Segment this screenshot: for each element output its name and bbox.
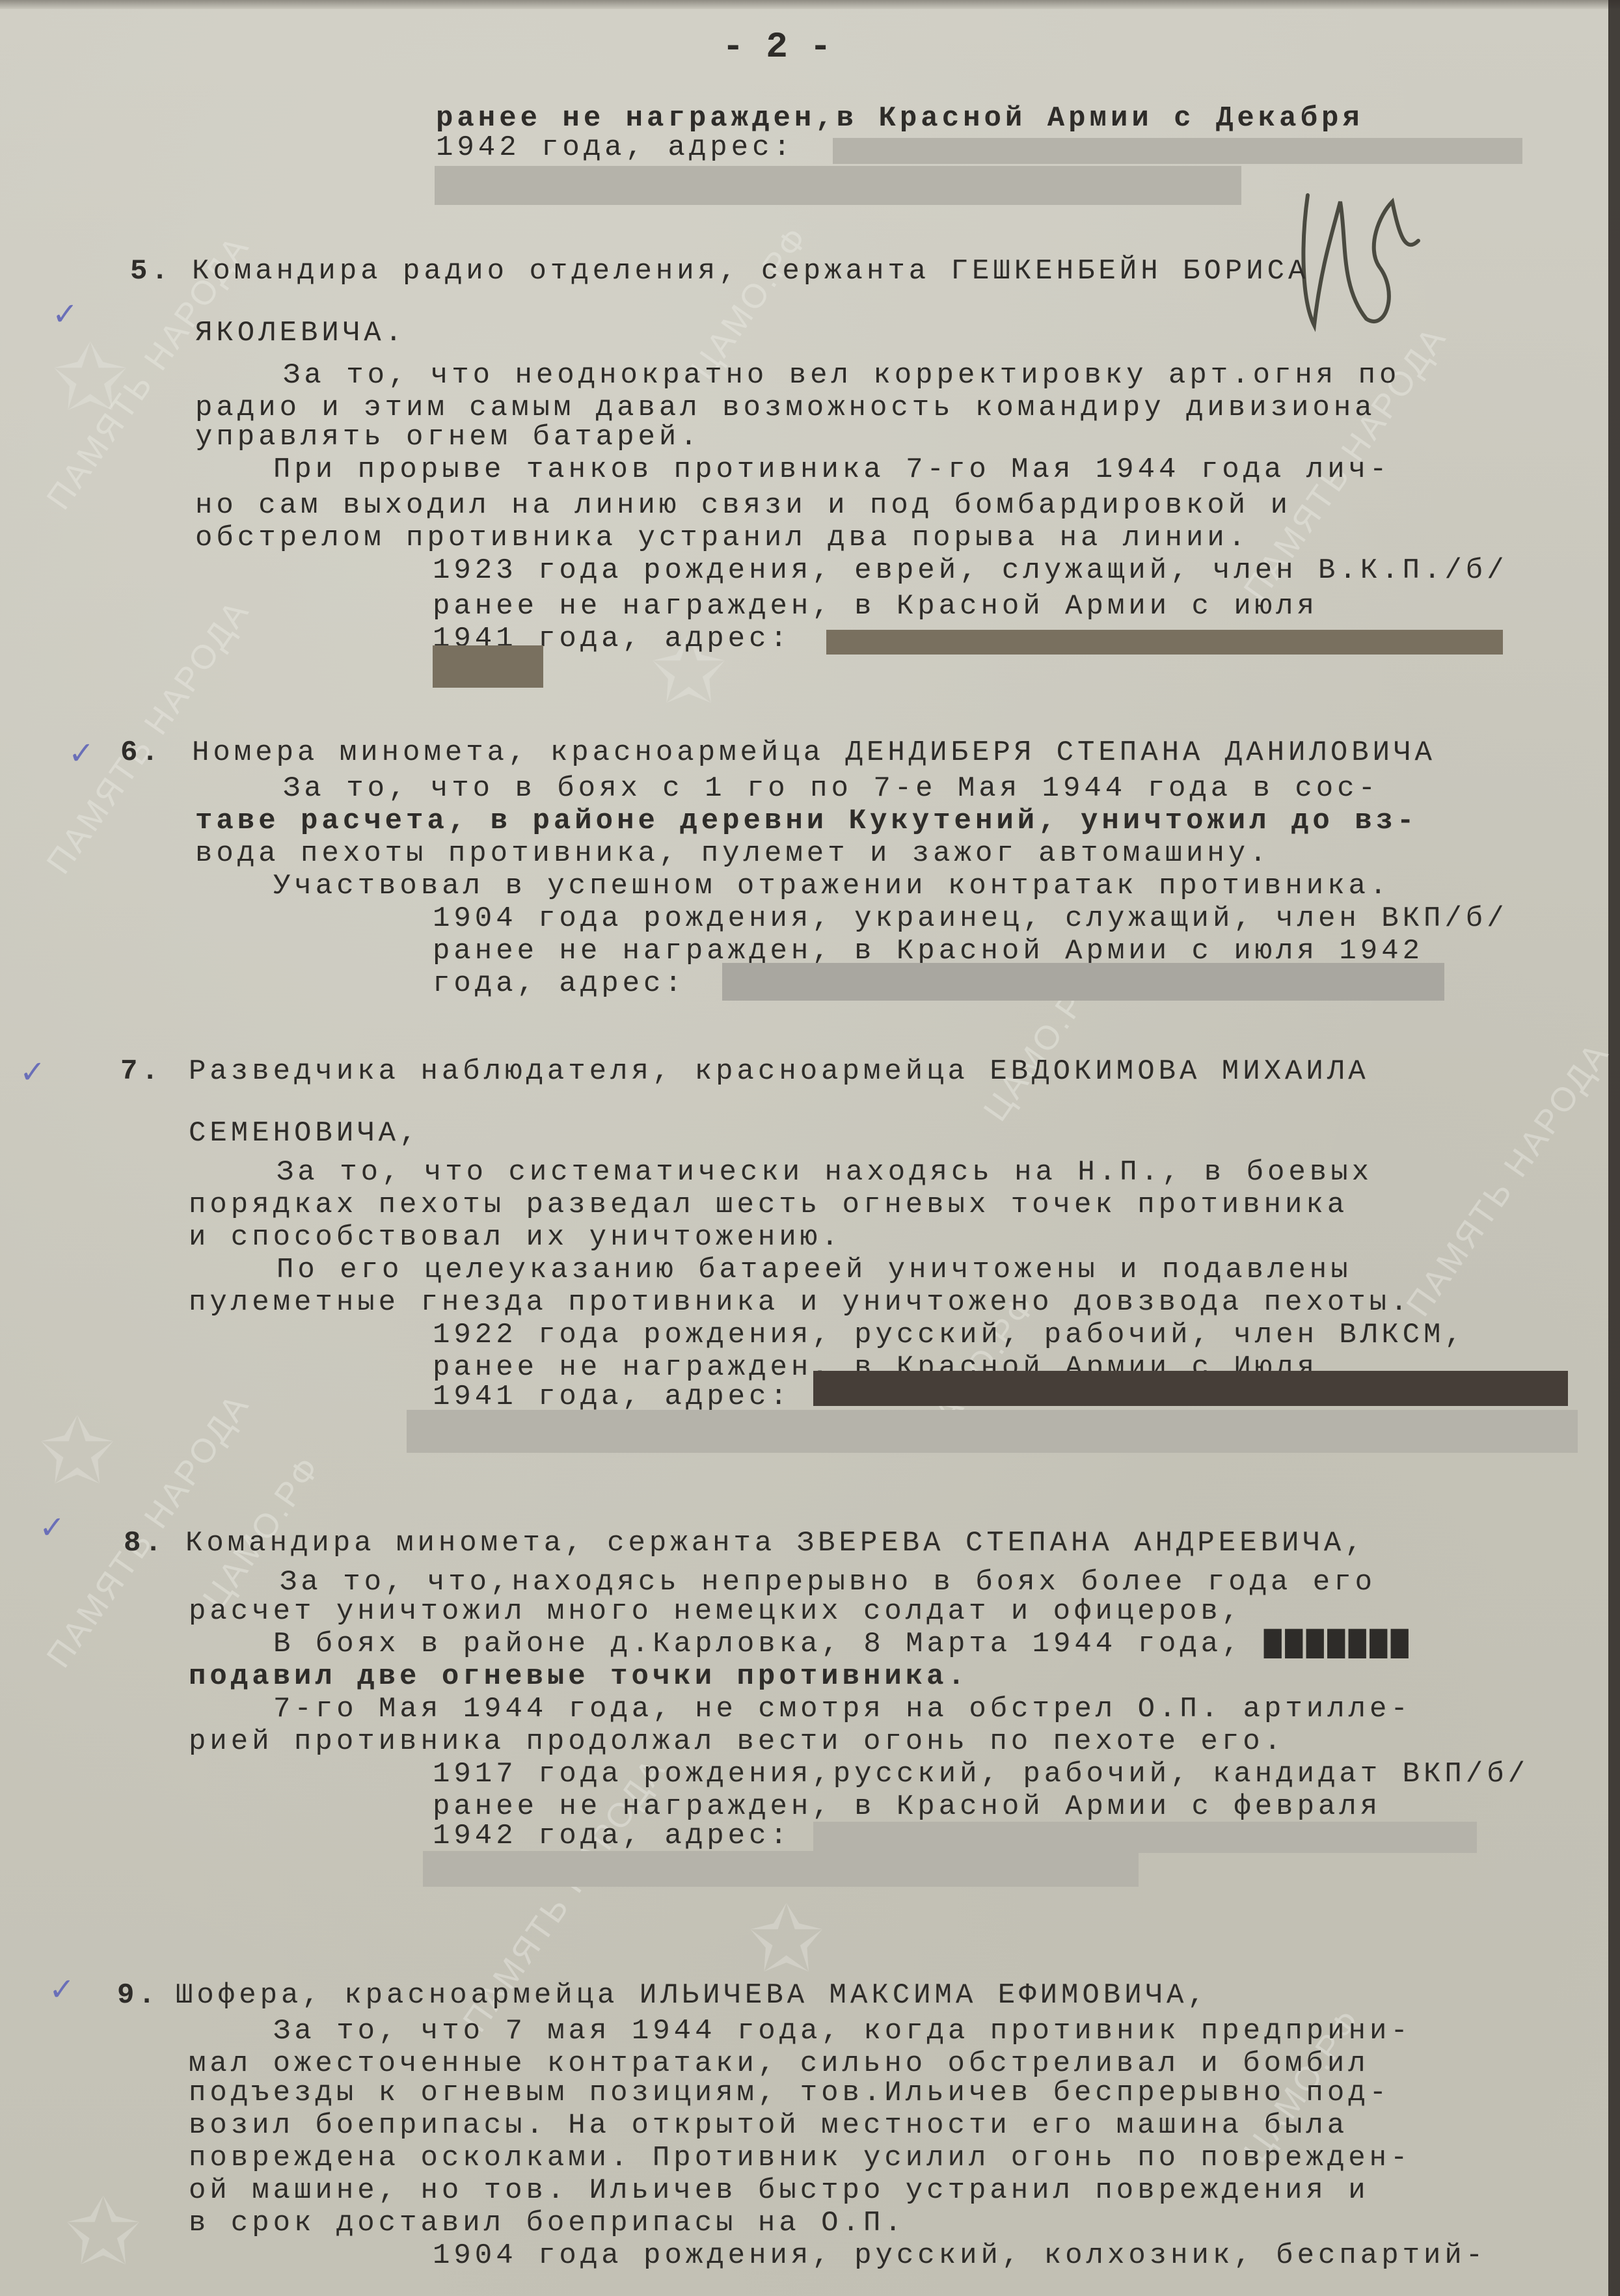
text-line: 1904 года рождения, русский, колхозник, … xyxy=(433,2241,1487,2270)
text-line: подавил две огневые точки противника. xyxy=(189,1662,969,1691)
text-line: За то, что систематически находясь на Н.… xyxy=(277,1158,1373,1187)
redacted-address xyxy=(722,963,1444,1001)
text-line: но сам выходил на линию связи и под бомб… xyxy=(195,491,1291,520)
entry-heading: Командира миномета, сержанта ЗВЕРЕВА СТЕ… xyxy=(185,1529,1366,1558)
entry-number: 5. xyxy=(130,257,172,286)
redacted-address xyxy=(407,1410,1578,1453)
entry-heading: ЯКОЛЕВИЧА. xyxy=(195,319,406,347)
text-line: При прорыве танков противника 7-го Мая 1… xyxy=(273,455,1390,484)
pencil-check-icon: ✓ xyxy=(49,1971,75,2008)
text-line: 1942 года, адрес: xyxy=(436,133,794,162)
page-number: - 2 - xyxy=(722,26,831,68)
redacted-address xyxy=(826,630,1503,655)
entry-heading: СЕМЕНОВИЧА, xyxy=(189,1119,420,1148)
text-line: мал ожесточенные контратаки, сильно обст… xyxy=(189,2049,1370,2078)
entry-number: 9. xyxy=(117,1981,159,2010)
text-line: По его целеуказанию батареей уничтожены … xyxy=(277,1256,1352,1284)
entry-number: 8. xyxy=(124,1529,166,1558)
text-line: За то, что в боях с 1 го по 7-е Мая 1944… xyxy=(283,774,1379,803)
text-line: 1941 года, адрес: xyxy=(433,1383,791,1411)
entry-heading: Разведчика наблюдателя, красноармейца ЕВ… xyxy=(189,1057,1370,1086)
text-line: вода пехоты противника, пулемет и зажог … xyxy=(195,839,1271,868)
scan-right-edge xyxy=(1608,0,1620,2296)
text-line: возил боеприпасы. На открытой местности … xyxy=(189,2111,1348,2140)
text-line: таве расчета, в районе деревни Кукутений… xyxy=(195,807,1418,835)
redacted-address xyxy=(423,1851,1139,1887)
text-line: 7-го Мая 1944 года, не смотря на обстрел… xyxy=(273,1695,1412,1723)
text-line: управлять огнем батарей. xyxy=(195,423,701,452)
entry-heading: Командира радио отделения, сержанта ГЕШК… xyxy=(192,257,1309,286)
redacted-address xyxy=(813,1822,1477,1853)
text-line: 1904 года рождения, украинец, служащий, … xyxy=(433,904,1508,933)
text-line: 1917 года рождения,русский, рабочий, кан… xyxy=(433,1760,1529,1789)
text-line: 1923 года рождения, еврей, служащий, чле… xyxy=(433,556,1508,585)
text-line: в срок доставил боеприпасы на О.П. xyxy=(189,2209,906,2237)
text-line: ой машине, но тов. Ильичев быстро устран… xyxy=(189,2176,1370,2205)
text-line: ранее не награжден, в Красной Армии с ию… xyxy=(433,937,1424,966)
text-line: рией противника продолжал вести огонь по… xyxy=(189,1727,1285,1756)
text-line: ранее не награжден,в Красной Армии с Дек… xyxy=(436,104,1364,133)
text-line: года, адрес: xyxy=(433,969,686,998)
handwritten-signature xyxy=(1295,189,1431,345)
text-line: 1922 года рождения, русский, рабочий, чл… xyxy=(433,1321,1466,1349)
text-line: пулеметные гнезда противника и уничтожен… xyxy=(189,1288,1411,1317)
entry-number: 7. xyxy=(120,1057,163,1086)
redacted-address xyxy=(433,645,543,688)
pencil-check-icon: ✓ xyxy=(20,1054,46,1090)
text-line: 1942 года, адрес: xyxy=(433,1822,791,1850)
text-line: За то, что,находясь непрерывно в боях бо… xyxy=(280,1568,1376,1597)
text-line: Участвовал в успешном отражении контрата… xyxy=(273,872,1390,900)
scan-top-edge xyxy=(0,0,1620,9)
text-line: подъезды к огневым позициям, тов.Ильичев… xyxy=(189,2079,1390,2107)
redacted-address xyxy=(435,166,1241,205)
text-line: порядках пехоты разведал шесть огневых т… xyxy=(189,1191,1348,1219)
pencil-check-icon: ✓ xyxy=(52,296,78,332)
redacted-address xyxy=(813,1371,1568,1406)
redacted-address xyxy=(833,138,1522,164)
text-line: расчет уничтожил много немецких солдат и… xyxy=(189,1597,1243,1626)
text-line: и способствовал их уничтожению. xyxy=(189,1223,843,1252)
text-line: За то, что 7 мая 1944 года, когда против… xyxy=(273,2017,1412,2046)
entry-heading: Шофера, красноармейца ИЛЬИЧЕВА МАКСИМА Е… xyxy=(176,1981,1209,2010)
entry-heading: Номера миномета, красноармейца ДЕНДИБЕРЯ… xyxy=(192,738,1436,767)
text-line: В боях в районе д.Карловка, 8 Марта 1944… xyxy=(273,1630,1412,1658)
text-line: повреждена осколками. Противник усилил о… xyxy=(189,2144,1411,2172)
entry-number: 6. xyxy=(120,738,163,767)
text-line: радио и этим самым давал возможность ком… xyxy=(195,394,1376,422)
text-line: обстрелом противника устранил два порыва… xyxy=(195,524,1249,552)
text-line: ранее не награжден, в Красной Армии с фе… xyxy=(433,1792,1381,1821)
pencil-check-icon: ✓ xyxy=(39,1509,65,1546)
text-line: За то, что неоднократно вел корректировк… xyxy=(283,361,1400,390)
text-line: ранее не награжден, в Красной Армии с ию… xyxy=(433,592,1318,621)
pencil-check-icon: ✓ xyxy=(68,735,94,772)
